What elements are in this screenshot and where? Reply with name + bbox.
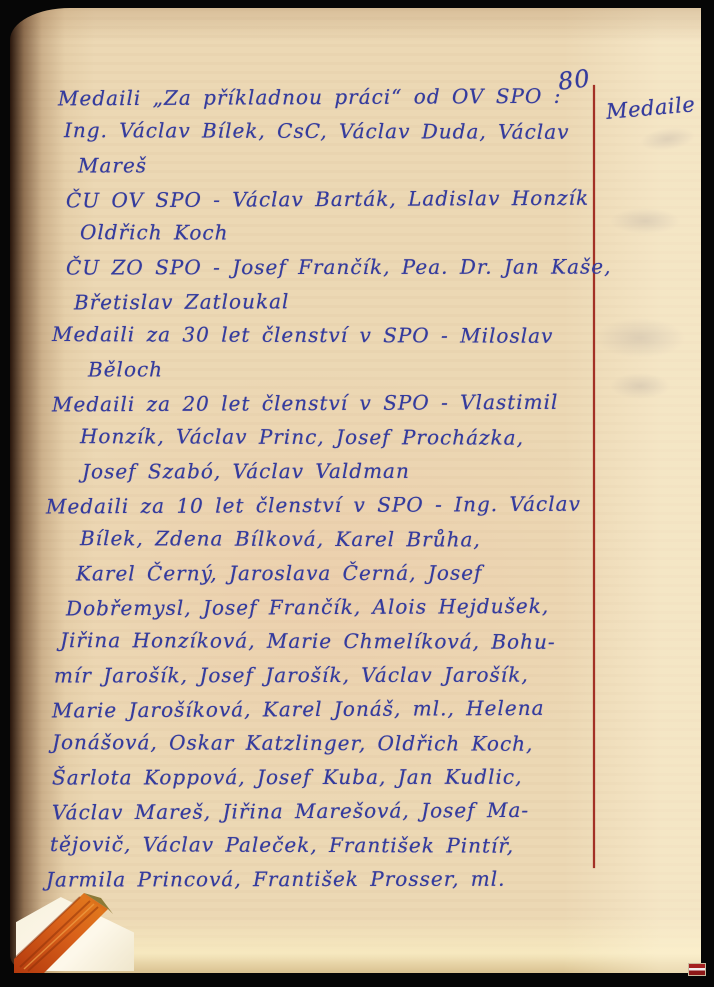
handwritten-line: mír Jarošík, Josef Jarošík, Václav Jaroš… [54, 658, 600, 693]
margin-note: Medaile [605, 92, 696, 124]
scanner-artifact-icon [688, 963, 706, 976]
handwritten-line: Václav Mareš, Jiřina Marešová, Josef Ma- [52, 793, 600, 830]
handwritten-line: ČU OV SPO - Václav Barták, Ladislav Honz… [66, 181, 600, 218]
handwritten-line: Běloch [88, 352, 600, 387]
handwritten-line: Bílek, Zdena Bílková, Karel Brůha, [80, 521, 600, 557]
ink-bleed-smudge [639, 124, 697, 153]
handwritten-line: Jonášová, Oskar Katzlinger, Oldřich Koch… [52, 725, 600, 761]
handwritten-line: Medaili za 30 let členství v SPO - Milos… [52, 317, 600, 353]
bookmark-ribbon-tassel [14, 881, 122, 973]
handwritten-line: Medaili za 20 let členství v SPO - Vlast… [52, 385, 600, 422]
handwritten-line: tějovič, Václav Paleček, František Pintí… [50, 827, 600, 863]
handwritten-line: Břetislav Zatloukal [74, 283, 600, 320]
handwritten-line: Oldřich Koch [80, 215, 600, 251]
handwritten-text-block: Medaili „Za příkladnou práci“ od OV SPO … [52, 80, 600, 896]
handwritten-line: Jarmila Princová, František Prosser, ml. [46, 862, 600, 897]
handwritten-line: Šarlota Koppová, Josef Kuba, Jan Kudlic, [52, 760, 600, 795]
handwritten-line: Karel Černý, Jaroslava Černá, Josef [76, 556, 600, 591]
handwritten-line: Josef Szabó, Václav Valdman [82, 454, 600, 489]
notebook-page: 80 Medaile Medaili „Za příkladnou práci“… [10, 8, 701, 973]
ink-bleed-smudge [610, 373, 670, 399]
handwritten-line: Honzík, Václav Princ, Josef Procházka, [80, 419, 600, 455]
ink-bleed-smudge [595, 318, 685, 358]
handwritten-line: Mareš [78, 148, 600, 183]
handwritten-line: Ing. Václav Bílek, CsC, Václav Duda, Vác… [64, 113, 600, 149]
handwritten-line: Medaili „Za příkladnou práci“ od OV SPO … [58, 79, 600, 116]
ink-bleed-smudge [610, 208, 680, 234]
handwritten-line: Jiřina Honzíková, Marie Chmelíková, Bohu… [60, 623, 600, 659]
handwritten-line: Marie Jarošíková, Karel Jonáš, ml., Hele… [52, 691, 600, 728]
scanned-chronicle-page: 80 Medaile Medaili „Za příkladnou práci“… [0, 0, 714, 987]
handwritten-line: ČU ZO SPO - Josef Frančík, Pea. Dr. Jan … [66, 250, 600, 285]
handwritten-line: Medaili za 10 let členství v SPO - Ing. … [46, 487, 600, 524]
handwritten-line: Dobřemysl, Josef Frančík, Alois Hejdušek… [66, 589, 600, 626]
